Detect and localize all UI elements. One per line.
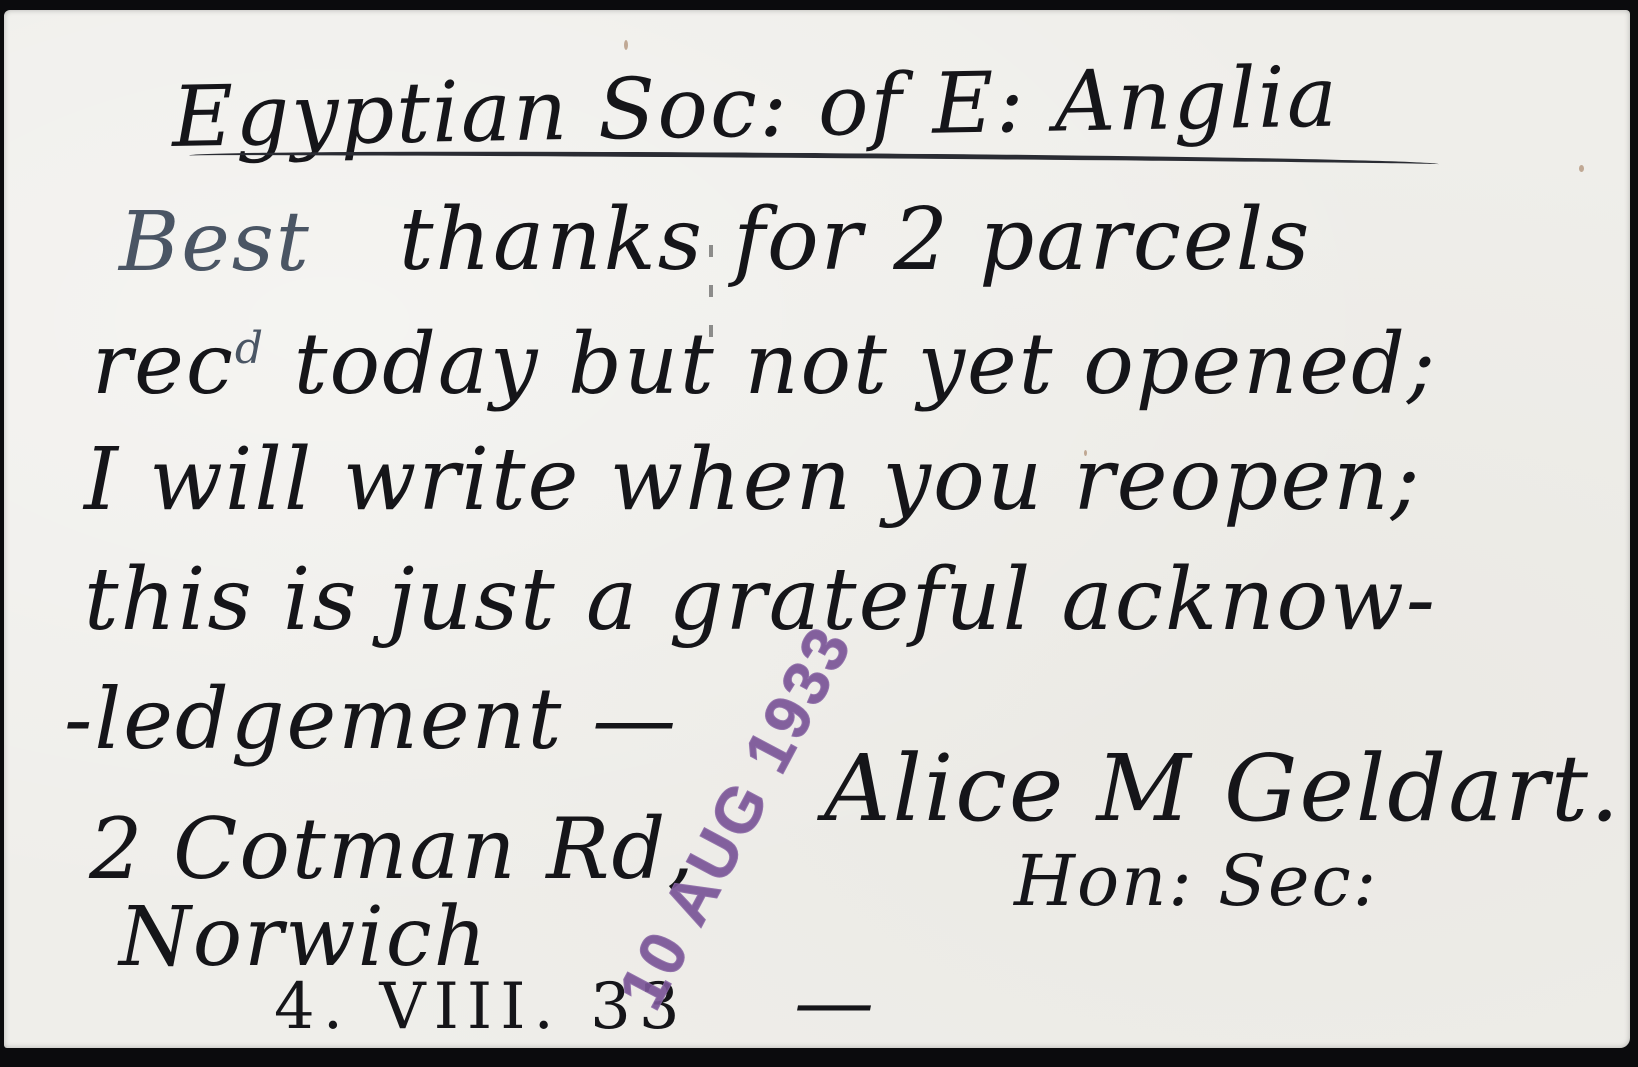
body-line-best: Best bbox=[119, 195, 311, 290]
heading: Egyptian Soc: of E: Anglia bbox=[171, 48, 1340, 166]
signature-name: Alice M Geldart. bbox=[824, 735, 1621, 842]
address-street: 2 Cotman Rd, bbox=[89, 800, 696, 898]
paper-speck bbox=[624, 40, 628, 50]
body-line-grateful: this is just a grateful acknow- bbox=[84, 550, 1437, 650]
scan-background: Egyptian Soc: of E: Anglia Best thanks f… bbox=[0, 0, 1638, 1067]
signature-title: Hon: Sec: bbox=[1014, 840, 1378, 922]
closing-dash: — bbox=[794, 955, 876, 1048]
received-sup: d bbox=[235, 323, 265, 374]
postcard: Egyptian Soc: of E: Anglia Best thanks f… bbox=[4, 10, 1630, 1048]
paper-speck bbox=[1084, 450, 1087, 456]
paper-speck bbox=[1579, 165, 1584, 172]
heading-underline bbox=[189, 149, 1439, 181]
received-rest: today but not yet opened; bbox=[294, 315, 1437, 413]
body-line-received: recd today but not yet opened; bbox=[92, 315, 1437, 413]
body-line-thanks: thanks for 2 parcels bbox=[399, 190, 1311, 290]
received-abbrev: rec bbox=[92, 315, 235, 413]
body-line-ledgement: -ledgement — bbox=[64, 670, 678, 768]
body-line-will-write: I will write when you reopen; bbox=[84, 430, 1422, 530]
